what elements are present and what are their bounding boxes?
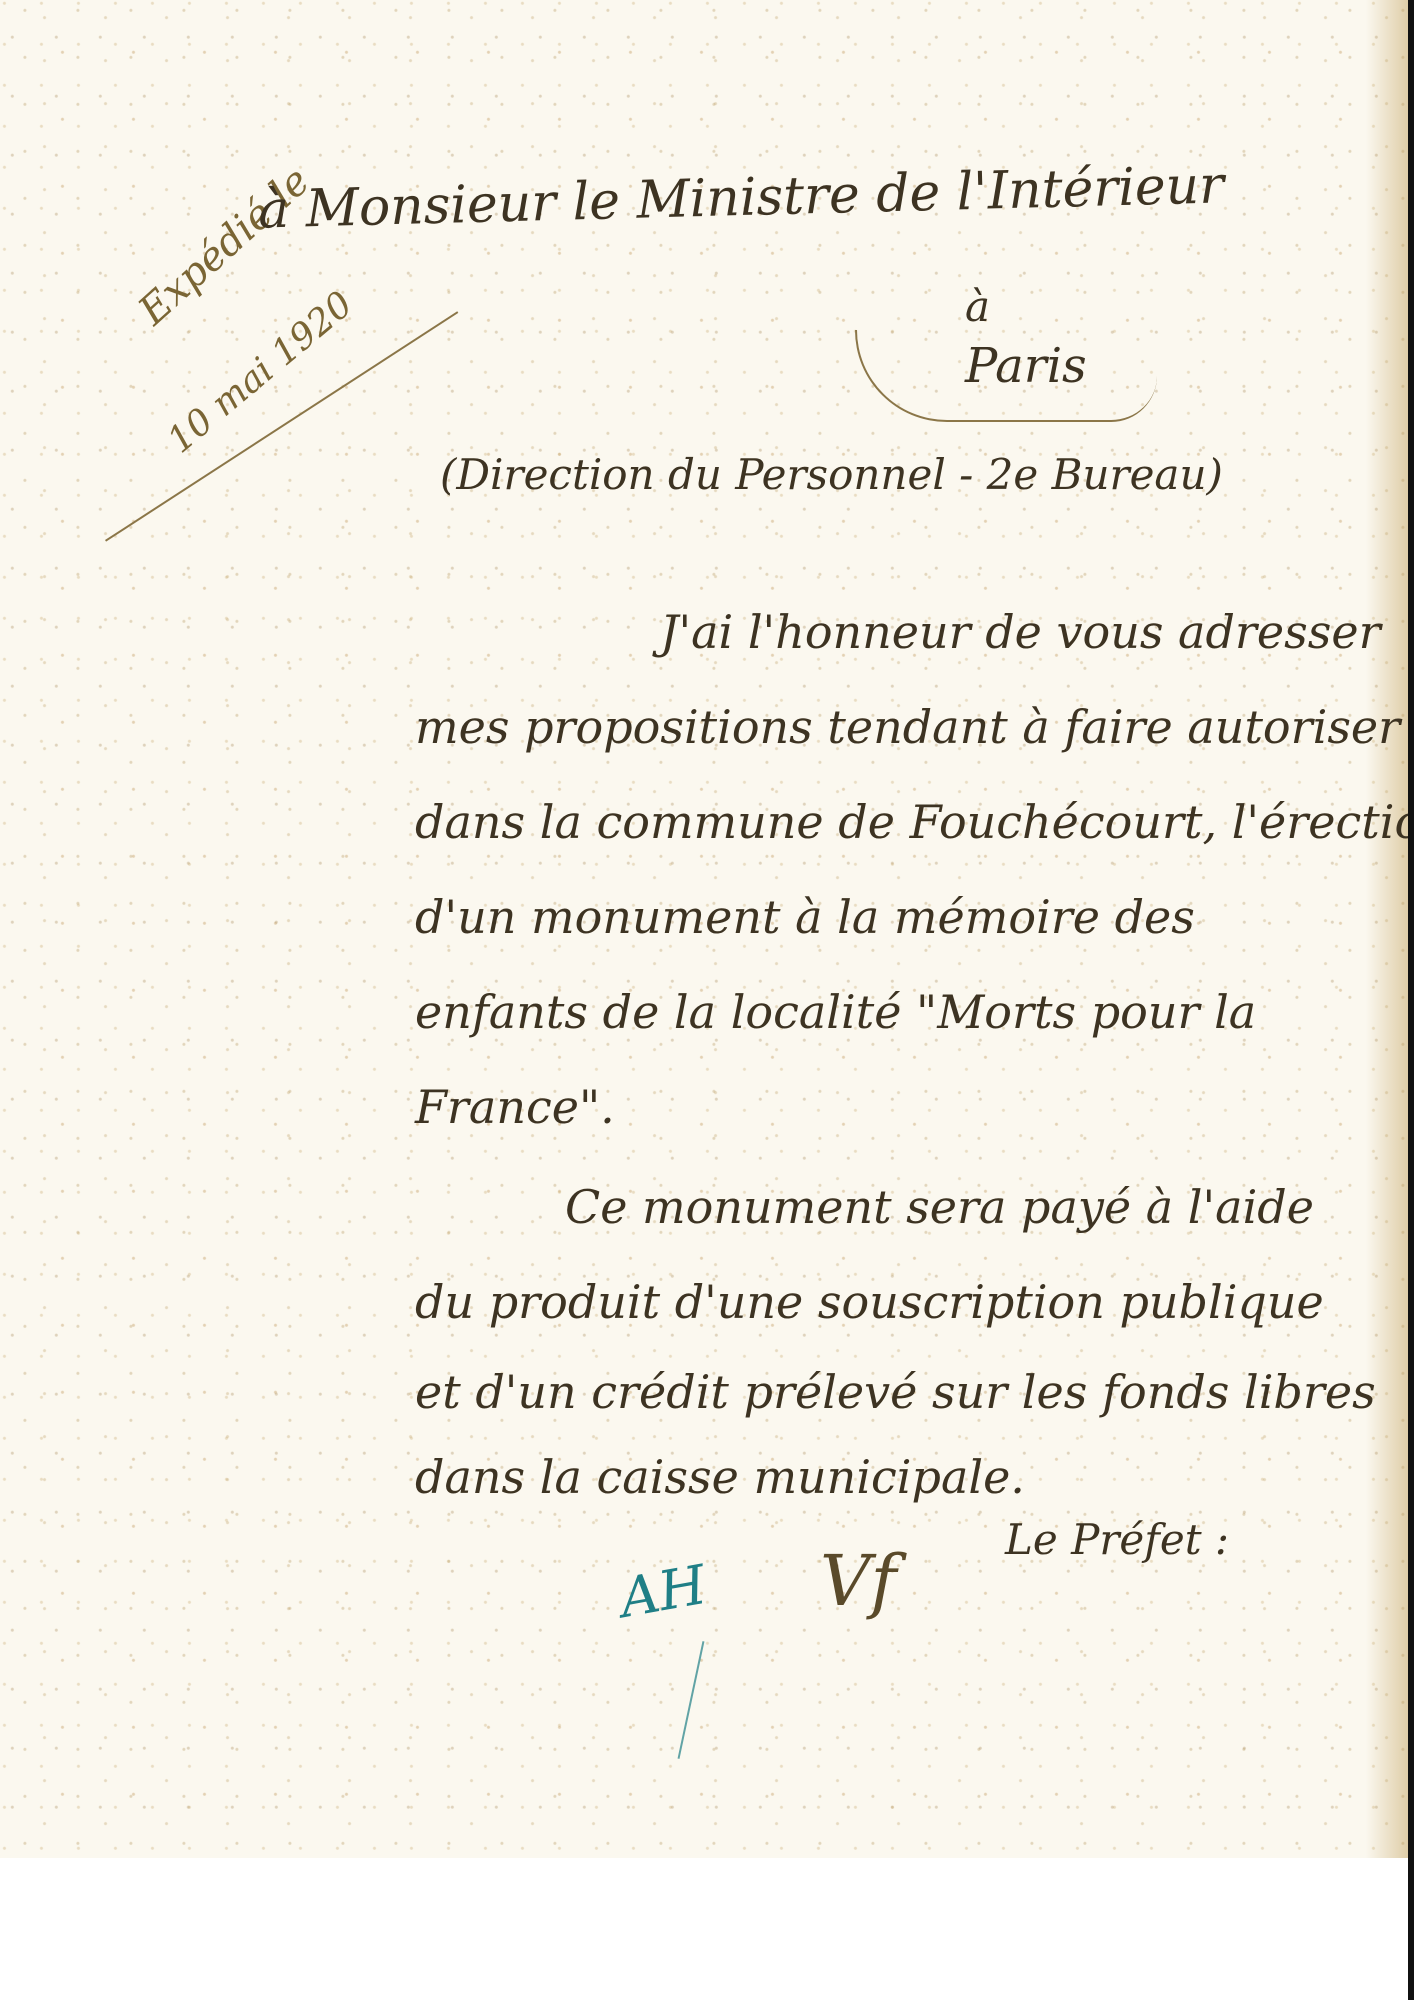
city-underline-flourish (855, 330, 1157, 422)
body-line: mes propositions tendant à faire autoris… (415, 700, 1400, 754)
body-line: dans la caisse municipale. (415, 1450, 1025, 1504)
body-line: France". (415, 1080, 615, 1134)
scan-edge-strip (1408, 0, 1414, 2000)
body-line: d'un monument à la mémoire des (415, 890, 1195, 944)
body-line: J'ai l'honneur de vous adresser (660, 605, 1381, 659)
recipient-line: à Monsieur le Ministre de l'Intérieur (257, 155, 1224, 240)
signature-title: Le Préfet : (1005, 1515, 1229, 1564)
body-line: et d'un crédit prélevé sur les fonds lib… (415, 1365, 1376, 1419)
body-line: enfants de la localité "Morts pour la (415, 985, 1256, 1039)
teal-initials: AH (615, 1553, 711, 1630)
margin-note-date: 10 mai 1920 (160, 284, 361, 462)
body-line: du produit d'une souscription publique (415, 1275, 1324, 1329)
recipient-preposition: à (965, 282, 990, 331)
body-line: Ce monument sera payé à l'aide (565, 1180, 1314, 1234)
department-line: (Direction du Personnel - 2e Bureau) (440, 450, 1223, 499)
teal-pen-stroke (678, 1641, 705, 1759)
paper-page: Expédié le 10 mai 1920 à Monsieur le Min… (0, 0, 1408, 1858)
body-line: dans la commune de Fouchécourt, l'érecti… (415, 795, 1414, 849)
ink-initials: Vf (820, 1540, 896, 1622)
